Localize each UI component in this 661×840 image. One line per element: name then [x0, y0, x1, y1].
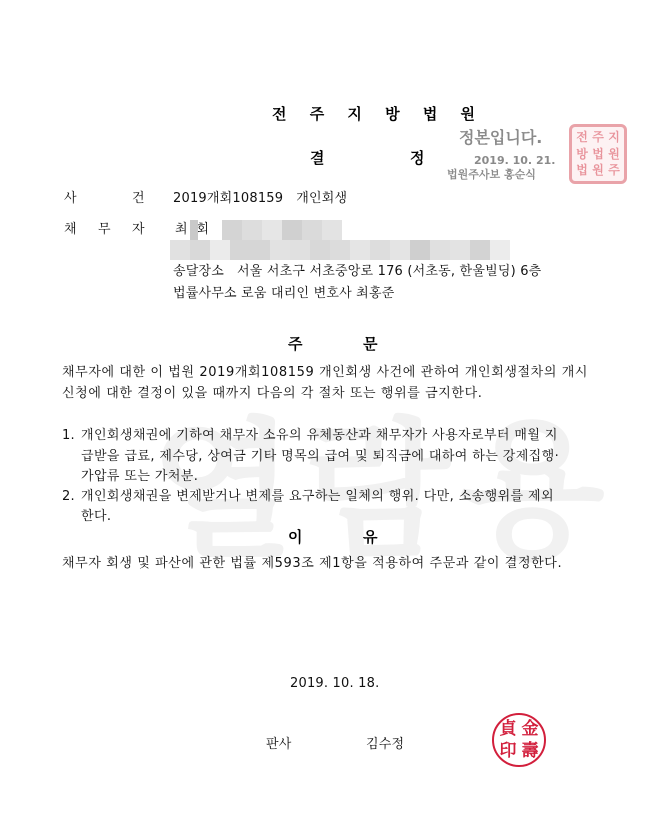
order-heading-char-1: 주	[288, 335, 303, 353]
seal-char: 印	[497, 740, 519, 762]
decision-date: 2019. 10. 18.	[290, 676, 379, 692]
judge-name: 김수정	[366, 737, 404, 753]
judge-seal-round: 貞 金 印 壽	[492, 713, 546, 767]
reason-heading-char-2: 유	[363, 528, 378, 546]
debtor-label-char-1: 채	[64, 222, 77, 238]
certifying-clerk: 법원주사보 홍순식	[447, 168, 536, 181]
debtor-label-char-2: 무	[98, 222, 111, 238]
seal-char: 원	[590, 162, 606, 179]
order-paragraph-line-1: 채무자에 대한 이 법원 2019개회108159 개인회생 사건에 관하여 개…	[62, 365, 588, 381]
seal-char: 전	[574, 129, 590, 146]
order-item-1-line-2: 급받을 급료, 제수당, 상여금 기타 명목의 급여 및 퇴직금에 대하여 하는…	[81, 449, 559, 465]
seal-char: 貞	[497, 718, 519, 740]
case-label-char-1: 사	[64, 191, 77, 207]
legal-representative: 법률사무소 로움 대리인 변호사 최홍준	[173, 286, 394, 302]
reason-heading-char-1: 이	[288, 528, 303, 546]
seal-char: 壽	[519, 740, 541, 762]
seal-char: 법	[574, 162, 590, 179]
seal-char: 金	[519, 718, 541, 740]
redacted-debtor-name	[222, 220, 342, 240]
order-paragraph-line-2: 신청에 대한 결정이 있을 때까지 다음의 각 절차 또는 행위를 금지한다.	[62, 386, 482, 402]
watermark-viewing-only: 열람용	[150, 370, 615, 586]
reason-text: 채무자 회생 및 파산에 관한 법률 제593조 제1항을 적용하여 주문과 같…	[62, 556, 562, 572]
court-name: 전 주 지 방 법 원	[272, 105, 484, 123]
certification-date: 2019. 10. 21.	[474, 154, 555, 167]
seal-char: 주	[590, 129, 606, 146]
order-item-2-line-1: 개인회생채권을 변제받거나 변제를 요구하는 일체의 행위. 다만, 소송행위를…	[81, 489, 554, 505]
seal-char: 주	[606, 162, 622, 179]
doc-type-char-2: 정	[410, 149, 425, 167]
seal-char: 방	[574, 146, 590, 163]
order-item-1-line-1: 개인회생채권에 기하여 채무자 소유의 유체동산과 채무자가 사용자로부터 매월…	[81, 428, 558, 444]
debtor-label-char-3: 자	[132, 222, 145, 238]
order-item-2-number: 2.	[62, 489, 75, 505]
redaction-block	[190, 220, 198, 240]
court-seal-square: 전 주 지 방 법 원 법 원 주	[569, 124, 627, 184]
order-item-1-number: 1.	[62, 428, 75, 444]
order-heading-char-2: 문	[363, 335, 378, 353]
judge-title: 판사	[266, 737, 292, 753]
seal-char: 원	[606, 146, 622, 163]
doc-type-char-1: 결	[310, 149, 325, 167]
redacted-debtor-address	[170, 240, 510, 260]
certified-copy-stamp: 정본입니다.	[459, 128, 542, 148]
service-address: 송달장소 서울 서초구 서초중앙로 176 (서초동, 한울빌딩) 6층	[173, 264, 541, 280]
seal-char: 지	[606, 129, 622, 146]
seal-char: 법	[590, 146, 606, 163]
order-item-1-line-3: 가압류 또는 가처분.	[81, 469, 198, 485]
case-number: 2019개회108159 개인회생	[173, 191, 347, 207]
case-label-char-2: 건	[132, 191, 145, 207]
order-item-2-line-2: 한다.	[81, 509, 111, 525]
